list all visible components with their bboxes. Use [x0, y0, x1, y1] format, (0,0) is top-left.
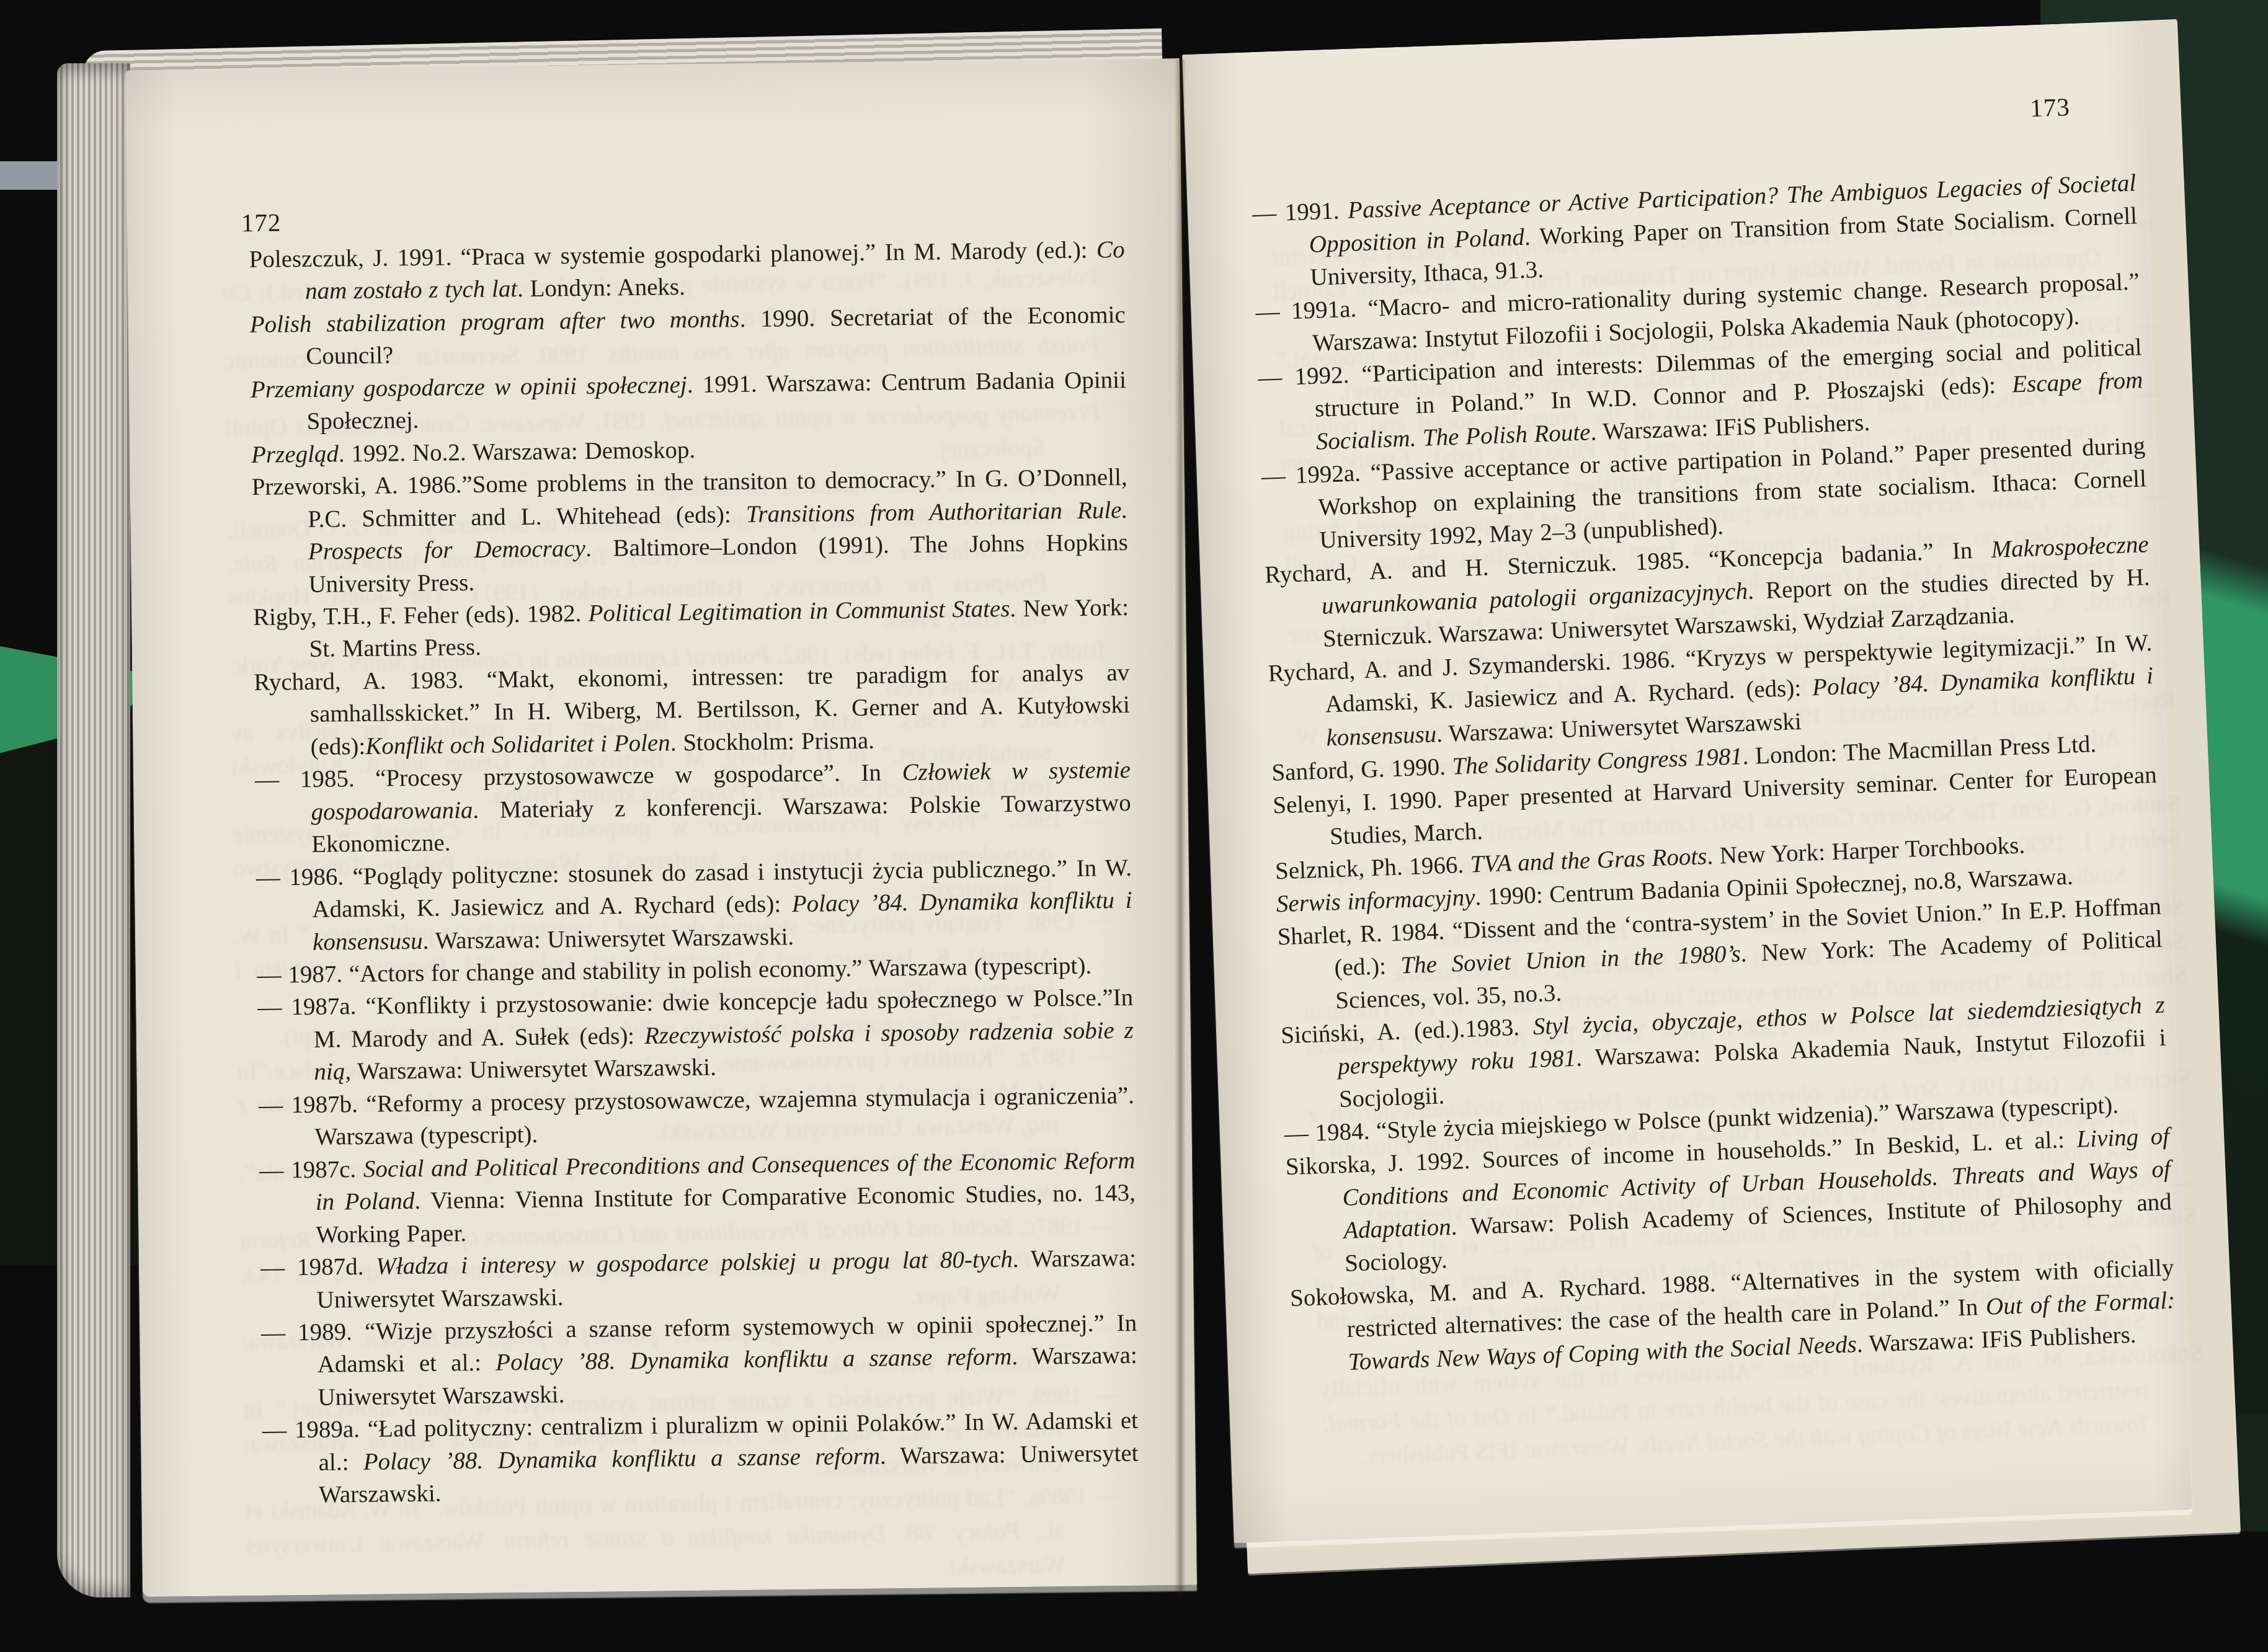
bibliography-entry: — 1987c. Social and Political Preconditi…: [259, 1145, 1136, 1252]
book-photo-scene: Poleszczuk, J. 1991. “Praca w systemie g…: [0, 0, 2268, 1652]
plain-text: . Warszawa: Uniwersytet Warszawski.: [246, 1527, 1067, 1580]
italic-title: Political Legitimation in Communist Stat…: [588, 595, 1010, 627]
italic-title: Polacy ’88. Dynamika konfliktu a szanse …: [496, 1344, 1012, 1376]
left-page: Poleszczuk, J. 1991. “Praca w systemie g…: [125, 58, 1197, 1597]
bibliography-entry: — 1987b. “Reformy a procesy przystosowaw…: [259, 1080, 1135, 1155]
italic-title: Out of the Formal: Towards New Ways of C…: [1320, 1403, 2151, 1458]
italic-title: Polish stabilization program after two m…: [250, 306, 740, 338]
italic-title: Władza i interesy w gospodarce polskiej …: [376, 1246, 1013, 1280]
bibliography-entry: — 1989a. “Ład polityczny: centralizm i p…: [262, 1405, 1139, 1512]
bibliography-entry: Poleszczuk, J. 1991. “Praca w systemie g…: [249, 234, 1125, 309]
plain-text: . Stockholm: Prisma.: [670, 727, 874, 756]
plain-text: — 1987b. “Reformy a procesy przystosowaw…: [259, 1082, 1134, 1150]
bibliography-entry: Rychard, A. 1983. “Makt, ekonomi, intres…: [254, 657, 1131, 764]
plain-text: . 1992. No.2. Warszawa: Demoskop.: [339, 437, 696, 468]
bibliography-entry: — 1987a. “Konflikty i przystosowanie: dw…: [257, 982, 1134, 1089]
plain-text: — 1987c.: [259, 1156, 363, 1184]
bibliography-entry: Rigby, T.H., F. Feher (eds). 1982. Polit…: [253, 592, 1129, 667]
italic-title: Przegląd: [251, 440, 339, 468]
bibliography-entry: — 1985. “Procesy przystosowawcze w gospo…: [255, 754, 1132, 861]
italic-title: The Soviet Union in the 1980’s: [1400, 940, 1741, 979]
plain-text: — 1987d.: [260, 1253, 376, 1281]
bibliography-entry: — 1987d. Władza i interesy w gospodarce …: [260, 1242, 1137, 1317]
italic-title: Serwis informacyjny: [1276, 884, 1475, 917]
plain-text: . Warszawa: IFiS Publishers.: [1856, 1321, 2137, 1358]
right-page-number: 173: [2030, 92, 2071, 123]
plain-text: Sanford, G. 1990.: [1271, 753, 1452, 786]
left-page-number: 172: [241, 207, 282, 238]
italic-title: Konflikt och Solidaritet i Polen: [365, 729, 670, 760]
plain-text: . Warszawa: Uniwersytet Warszawski.: [422, 923, 794, 954]
plain-text: . Warszawa: IFiS Publishers.: [1362, 1432, 1642, 1470]
italic-title: Polacy ’88. Dynamika konfliktu a szanse …: [504, 1518, 1021, 1554]
book-gutter-crease: [1175, 60, 1186, 1596]
left-page-bibliography: Poleszczuk, J. 1991. “Praca w systemie g…: [249, 234, 1139, 1512]
plain-text: Rigby, T.H., F. Feher (eds). 1982.: [253, 600, 589, 631]
bibliography-entry: — 1986. “Poglądy polityczne: stosunek do…: [256, 852, 1133, 959]
background-gray-strip-left: [0, 161, 62, 190]
plain-text: , Warszawa: Uniwersytet Warszawski.: [345, 1054, 716, 1085]
right-page-bibliography: — 1991. Passive Aceptance or Active Part…: [1252, 166, 2177, 1380]
plain-text: — 1985. “Procesy przystosowawcze w gospo…: [255, 759, 902, 793]
bibliography-entry: — 1989. “Wizje przyszłości a szanse refo…: [261, 1307, 1138, 1414]
right-page: — 1991. Passive Aceptance or Active Part…: [1182, 21, 2192, 1543]
plain-text: . Londyn: Aneks.: [517, 274, 685, 303]
bibliography-entry: Polish stabilization program after two m…: [249, 299, 1126, 374]
plain-text: Poleszczuk, J. 1991. “Praca w systemie g…: [249, 237, 1096, 273]
italic-title: Przemiany gospodarcze w opinii społeczne…: [251, 371, 687, 403]
bibliography-entry: Przeworski, A. 1986.”Some problems in th…: [251, 461, 1128, 602]
plain-text: Siciński, A. (ed.).1983.: [1281, 1013, 1534, 1049]
open-book: Poleszczuk, J. 1991. “Praca w systemie g…: [55, 22, 2163, 1622]
plain-text: Selznick, Ph. 1966.: [1274, 851, 1470, 884]
italic-title: TVA and the Gras Roots: [1470, 843, 1707, 877]
plain-text: — 1987. “Actors for change and stability…: [257, 953, 1092, 988]
bibliography-entry: Przemiany gospodarcze w opinii społeczne…: [251, 364, 1127, 439]
italic-title: Polacy ’88. Dynamika konfliktu a szanse …: [363, 1442, 880, 1475]
page-stack-fore-edge: [57, 63, 130, 1597]
plain-text: . Vienna: Vienna Institute for Comparati…: [316, 1179, 1136, 1248]
plain-text: — 1991.: [1252, 197, 1348, 227]
